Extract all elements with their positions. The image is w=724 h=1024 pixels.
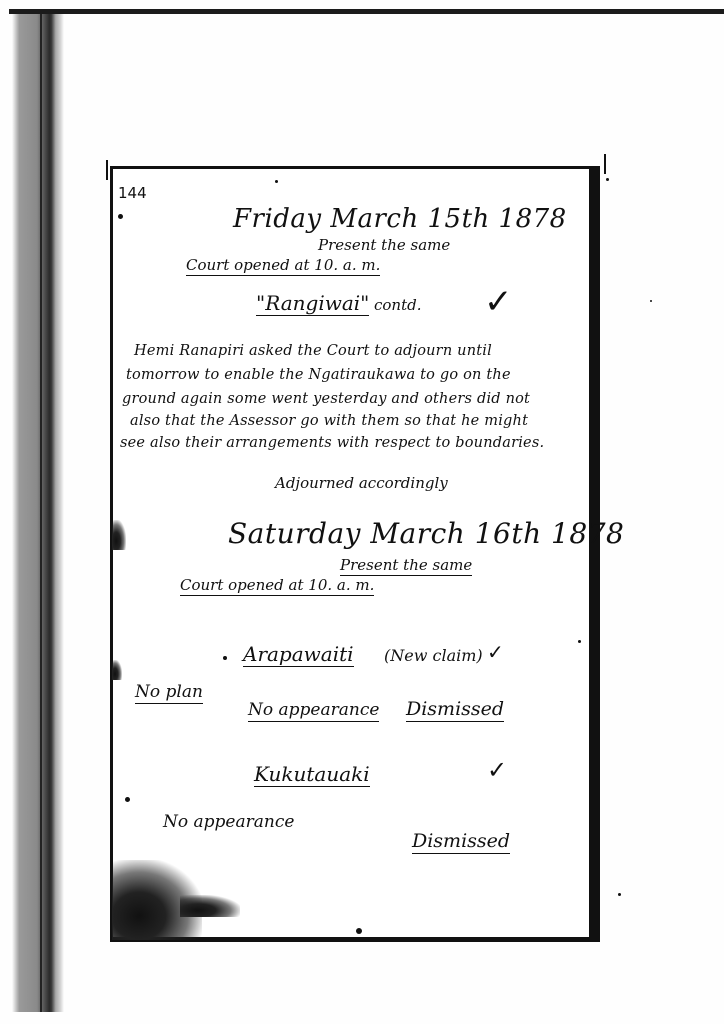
minute-text-line: Hemi Ranapiri asked the Court to adjourn… xyxy=(134,344,492,359)
case-title: Arapawaiti xyxy=(243,644,354,667)
checkmark-icon: ✓ xyxy=(484,282,513,322)
minute-text-line: tomorrow to enable the Ngatiraukawa to g… xyxy=(126,368,511,383)
appearance-status: No appearance xyxy=(163,814,294,831)
session-date-heading: Friday March 15th 1878 xyxy=(233,206,567,232)
minute-text-line: ground again some went yesterday and oth… xyxy=(122,392,530,407)
scanned-page: 144 Friday March 15th 1878 Present the s… xyxy=(0,0,724,1024)
minute-text-line: also that the Assessor go with them so t… xyxy=(130,414,528,429)
ink-speck xyxy=(650,300,652,302)
case-suffix: contd. xyxy=(374,298,422,313)
present-line: Present the same xyxy=(340,558,472,576)
ink-speck xyxy=(118,214,123,219)
ink-speck xyxy=(223,656,227,660)
case-title: Kukutauaki xyxy=(254,764,370,787)
court-opened-line: Court opened at 10. a. m. xyxy=(180,578,374,596)
case-title: "Rangiwai" xyxy=(256,293,369,316)
present-line: Present the same xyxy=(318,238,450,253)
ink-speck xyxy=(618,893,621,896)
frame-corner-mark xyxy=(106,160,108,180)
frame-corner-mark xyxy=(604,154,606,174)
adjournment-note: Adjourned accordingly xyxy=(275,476,448,491)
ink-speck xyxy=(606,178,609,181)
ink-speck xyxy=(356,928,362,934)
checkmark-icon: ✓ xyxy=(487,756,507,784)
scan-top-edge xyxy=(9,9,724,14)
ink-stain xyxy=(180,895,240,917)
appearance-status: No appearance xyxy=(248,702,379,722)
session-date-heading: Saturday March 16th 1878 xyxy=(228,520,624,548)
case-outcome: Dismissed xyxy=(406,700,504,722)
checkmark-icon: ✓ xyxy=(487,640,504,664)
margin-note: No plan xyxy=(135,684,203,704)
page-number: 144 xyxy=(118,184,147,202)
ink-stain xyxy=(112,660,122,680)
ink-speck xyxy=(578,640,581,643)
ink-speck xyxy=(125,797,130,802)
book-gutter-line xyxy=(40,14,42,1012)
case-outcome: Dismissed xyxy=(412,832,510,854)
ink-speck xyxy=(275,180,278,183)
court-opened-line: Court opened at 10. a. m. xyxy=(186,258,380,276)
minute-text-line: see also their arrangements with respect… xyxy=(120,436,544,451)
ink-stain xyxy=(112,520,126,550)
case-suffix: (New claim) xyxy=(384,648,483,664)
book-binding-shadow xyxy=(12,14,64,1012)
